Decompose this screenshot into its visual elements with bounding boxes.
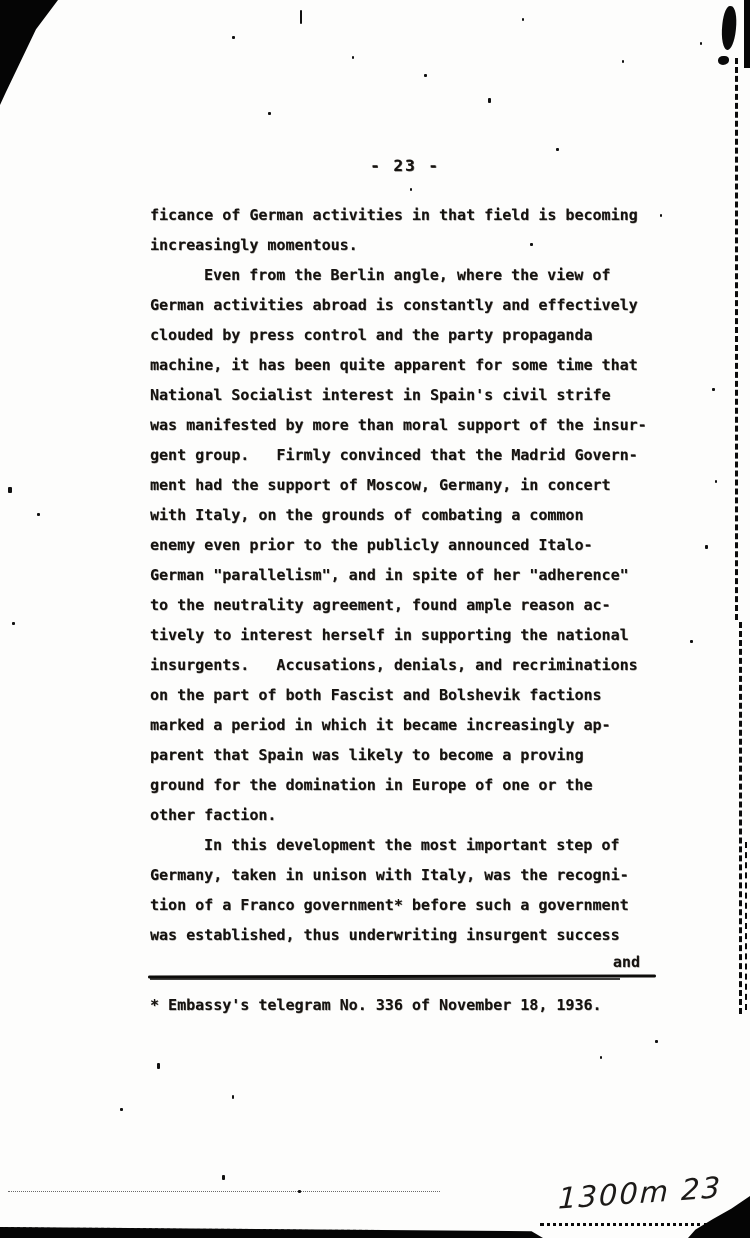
scan-speck	[268, 112, 271, 115]
typed-line: clouded by press control and the party p…	[150, 320, 662, 350]
scan-speck	[712, 388, 715, 391]
scan-speck	[232, 36, 235, 39]
scan-speck	[600, 1056, 602, 1059]
scan-speck	[120, 1108, 123, 1111]
typed-line: increasingly momentous.	[150, 230, 662, 260]
scanned-document-page: - 23 - ficance of German activities in t…	[0, 0, 750, 1238]
typed-line: National Socialist interest in Spain's c…	[150, 380, 662, 410]
typed-line: parent that Spain was likely to become a…	[150, 740, 662, 770]
scan-speck	[622, 60, 624, 63]
typed-line: was manifested by more than moral suppor…	[150, 410, 662, 440]
typed-line: insurgents. Accusations, denials, and re…	[150, 650, 662, 680]
catchword: and	[150, 950, 640, 974]
footnote: * Embassy's telegram No. 336 of November…	[150, 990, 670, 1020]
typed-line: on the part of both Fascist and Bolshevi…	[150, 680, 662, 710]
typed-line: to the neutrality agreement, found ample…	[150, 590, 662, 620]
scan-speck	[37, 513, 40, 516]
scan-artifact-top-right-blob-small	[718, 56, 729, 65]
typed-line: In this development the most important s…	[150, 830, 662, 860]
typed-line: tion of a Franco government* before such…	[150, 890, 662, 920]
scan-speck	[298, 1190, 301, 1193]
typed-line: was established, thus underwriting insur…	[150, 920, 662, 950]
scan-artifact-top-right-edge	[744, 0, 750, 68]
typed-line: ficance of German activities in that fie…	[150, 200, 662, 230]
scan-artifact-right-fold-line-lower	[739, 622, 742, 1014]
typed-line: Even from the Berlin angle, where the vi…	[150, 260, 662, 290]
typed-line: German activities abroad is constantly a…	[150, 290, 662, 320]
scan-artifact-bottom-thin-line	[8, 1191, 440, 1192]
typed-line: machine, it has been quite apparent for …	[150, 350, 662, 380]
page-number: - 23 -	[340, 155, 470, 177]
scan-speck	[655, 1040, 658, 1043]
scan-speck	[410, 188, 412, 191]
scan-speck	[12, 622, 15, 625]
typed-line: ground for the domination in Europe of o…	[150, 770, 662, 800]
scan-speck	[352, 56, 354, 59]
scan-speck	[690, 640, 693, 643]
scan-speck	[8, 487, 12, 493]
scan-speck	[705, 545, 708, 549]
scan-artifact-right-fold-line-extra	[745, 842, 747, 1010]
typed-line: Germany, taken in unison with Italy, was…	[150, 860, 662, 890]
scan-speck	[300, 10, 302, 24]
scan-speck	[424, 74, 427, 77]
handwritten-note: 1300m 23	[558, 1165, 749, 1218]
typed-line: ment had the support of Moscow, Germany,…	[150, 470, 662, 500]
scan-speck	[715, 480, 717, 483]
scan-speck	[522, 18, 524, 21]
scan-speck	[222, 1175, 225, 1180]
typed-body: ficance of German activities in that fie…	[150, 200, 662, 950]
scan-artifact-bottom-dotted-line	[540, 1223, 708, 1226]
typed-line: other faction.	[150, 800, 662, 830]
scan-speck	[157, 1063, 160, 1069]
typed-line: enemy even prior to the publicly announc…	[150, 530, 662, 560]
typed-line: with Italy, on the grounds of combating …	[150, 500, 662, 530]
scan-speck	[488, 98, 491, 103]
footnote-divider-shadow	[150, 978, 620, 980]
scan-speck	[232, 1095, 234, 1099]
typed-line: marked a period in which it became incre…	[150, 710, 662, 740]
scan-artifact-top-right-blob	[720, 5, 739, 50]
scan-speck	[556, 148, 559, 151]
scan-artifact-top-left-corner	[0, 0, 58, 105]
typed-line: gent group. Firmly convinced that the Ma…	[150, 440, 662, 470]
scan-artifact-bottom-band	[0, 1227, 548, 1238]
scan-artifact-right-fold-line-upper	[735, 58, 738, 620]
typed-line: German "parallelism", and in spite of he…	[150, 560, 662, 590]
scan-speck	[700, 42, 702, 45]
typed-line: tively to interest herself in supporting…	[150, 620, 662, 650]
